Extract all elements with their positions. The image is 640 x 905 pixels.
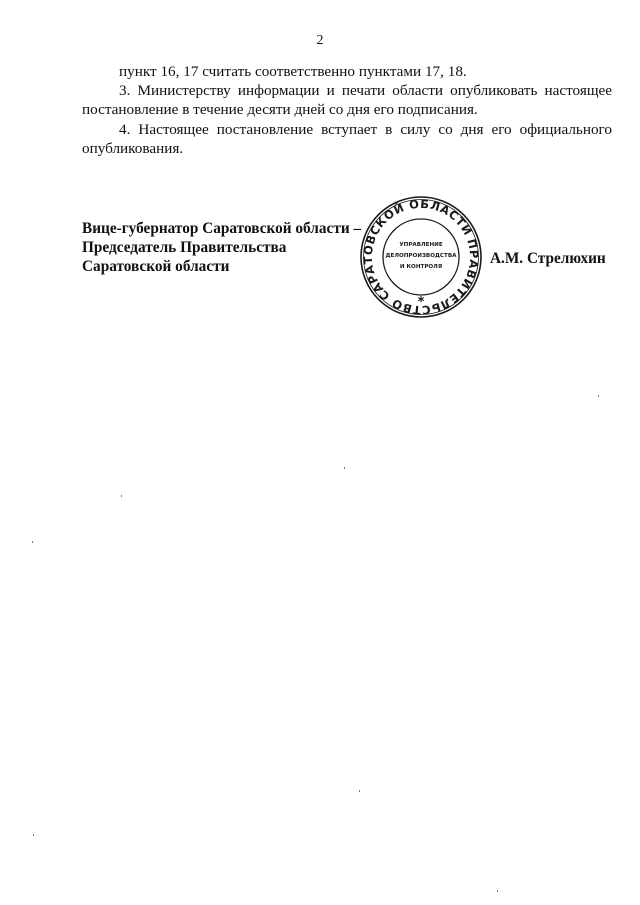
- seal-inner-line-1: УПРАВЛЕНИЕ: [399, 242, 443, 248]
- paragraph-3: 3. Министерству информации и печати обла…: [82, 81, 612, 119]
- scan-speck: [598, 395, 599, 397]
- scan-speck: [359, 790, 360, 792]
- paragraph-continuation: пункт 16, 17 считать соответственно пунк…: [82, 62, 612, 81]
- official-seal-stamp: ПРАВИТЕЛЬСТВО САРАТОВСКОЙ ОБЛАСТИ * УПРА…: [358, 194, 484, 320]
- document-body: пункт 16, 17 считать соответственно пунк…: [82, 62, 612, 158]
- signatory-name: А.М. Стрелюхин: [490, 249, 606, 268]
- seal-star-symbol: *: [418, 295, 425, 310]
- scan-speck: [497, 890, 498, 892]
- scan-speck: [32, 541, 33, 543]
- seal-inner-line-2: ДЕЛОПРОИЗВОДСТВА: [386, 253, 458, 259]
- scan-speck: [33, 834, 34, 836]
- scan-speck: [344, 467, 345, 469]
- scan-speck: [121, 495, 122, 497]
- signatory-position-line-1: Вице-губернатор Саратовской области –: [82, 219, 361, 238]
- signatory-position-line-2: Председатель Правительства: [82, 238, 361, 257]
- signatory-position-line-3: Саратовской области: [82, 257, 361, 276]
- page-number: 2: [0, 33, 640, 49]
- seal-inner-line-3: И КОНТРОЛЯ: [400, 264, 442, 270]
- seal-icon: ПРАВИТЕЛЬСТВО САРАТОВСКОЙ ОБЛАСТИ * УПРА…: [358, 194, 484, 320]
- signatory-position: Вице-губернатор Саратовской области – Пр…: [82, 219, 361, 276]
- paragraph-4: 4. Настоящее постановление вступает в си…: [82, 120, 612, 158]
